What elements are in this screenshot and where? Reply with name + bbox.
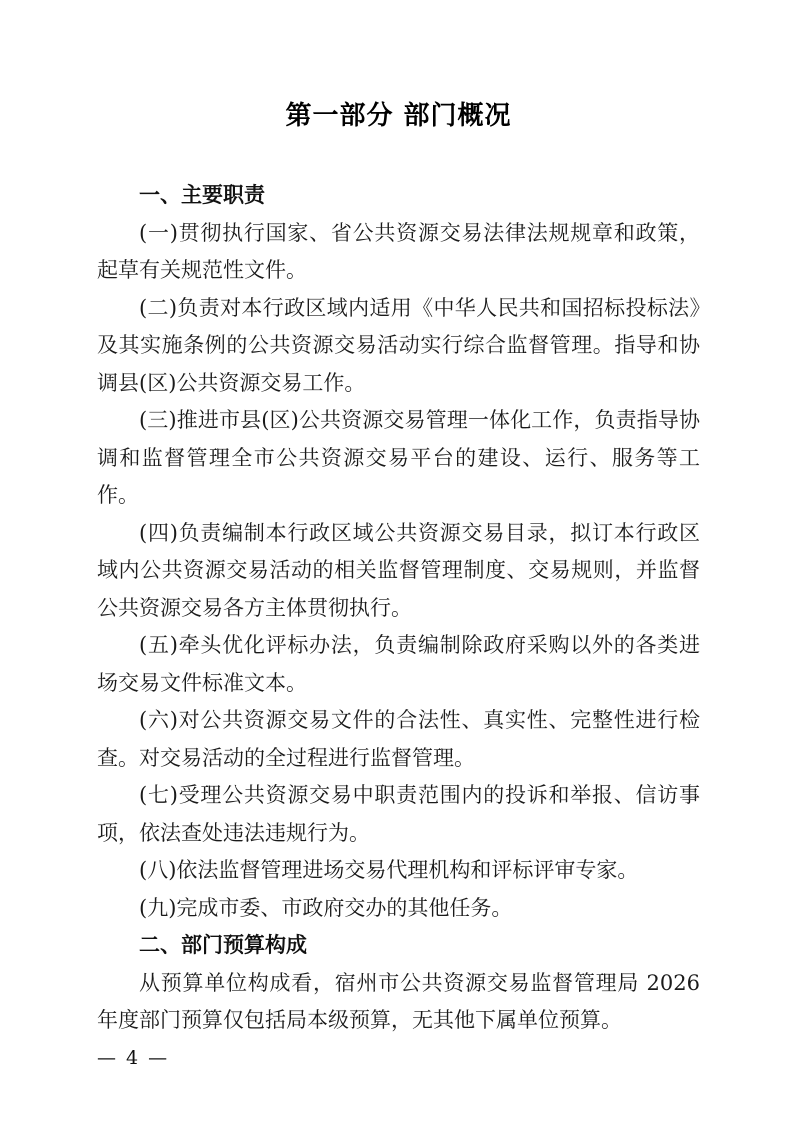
duty-paragraph-6: (六)对公共资源交易文件的合法性、真实性、完整性进行检查。对交易活动的全过程进行… (97, 702, 700, 777)
duty-paragraph-1: (一)贯彻执行国家、省公共资源交易法律法规规章和政策，起草有关规范性文件。 (97, 215, 700, 290)
duty-paragraph-9: (九)完成市委、市政府交办的其他任务。 (97, 890, 700, 928)
budget-paragraph-1: 从预算单位构成看，宿州市公共资源交易监督管理局 2026 年度部门预算仅包括局本… (97, 965, 700, 1040)
duty-paragraph-8: (八)依法监督管理进场交易代理机构和评标评审专家。 (97, 852, 700, 890)
duty-paragraph-2: (二)负责对本行政区域内适用《中华人民共和国招标投标法》及其实施条例的公共资源交… (97, 290, 700, 403)
duty-paragraph-4: (四)负责编制本行政区域公共资源交易目录，拟订本行政区域内公共资源交易活动的相关… (97, 515, 700, 628)
section-heading-main-duties: 一、主要职责 (97, 177, 700, 215)
document-title: 第一部分 部门概况 (97, 0, 700, 133)
duty-paragraph-3: (三)推进市县(区)公共资源交易管理一体化工作，负责指导协调和监督管理全市公共资… (97, 402, 700, 515)
duty-paragraph-5: (五)牵头优化评标办法，负责编制除政府采购以外的各类进场交易文件标准文本。 (97, 627, 700, 702)
section-heading-budget-composition: 二、部门预算构成 (97, 927, 700, 965)
document-page: 第一部分 部门概况 一、主要职责 (一)贯彻执行国家、省公共资源交易法律法规规章… (0, 0, 793, 1122)
duty-paragraph-7: (七)受理公共资源交易中职责范围内的投诉和举报、信访事项，依法查处违法违规行为。 (97, 777, 700, 852)
page-number: — 4 — (97, 1046, 169, 1070)
page-content: 第一部分 部门概况 一、主要职责 (一)贯彻执行国家、省公共资源交易法律法规规章… (97, 0, 700, 1040)
